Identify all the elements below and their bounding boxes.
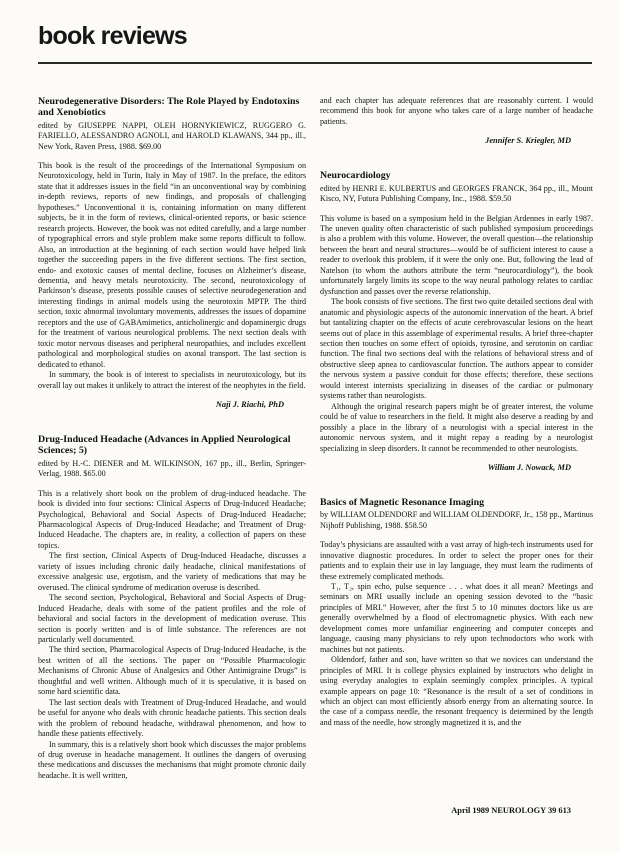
review-block-neurocardiology: Neurocardiology edited by HENRI E. KULBE…	[320, 170, 593, 472]
reviewer-byline: Jennifer S. Kriegler, MD	[320, 136, 571, 145]
review-title: Neurocardiology	[320, 170, 593, 181]
left-column: Neurodegenerative Disorders: The Role Pl…	[38, 96, 306, 781]
review-citation: edited by HENRI E. KULBERTUS and GEORGES…	[320, 184, 593, 205]
review-paragraph: The book consists of five sections. The …	[320, 297, 593, 402]
review-citation: edited by GIUSEPPE NAPPI, OLEH HORNYKIEW…	[38, 121, 306, 152]
review-paragraph: Although the original research papers mi…	[320, 402, 593, 454]
review-paragraph: The last section deals with Treatment of…	[38, 698, 306, 740]
review-citation: by WILLIAM OLDENDORF and WILLIAM OLDENDO…	[320, 510, 593, 531]
masthead: book reviews	[38, 22, 592, 51]
review-paragraph: The first section, Clinical Aspects of D…	[38, 551, 306, 593]
masthead-divider	[38, 62, 592, 64]
right-column: and each chapter has adequate references…	[320, 96, 593, 728]
review-citation: edited by H.-C. DIENER and M. WILKINSON,…	[38, 459, 306, 480]
reviewer-byline: Naji J. Riachi, PhD	[38, 400, 284, 409]
review-title: Drug-Induced Headache (Advances in Appli…	[38, 434, 306, 457]
page-footer: April 1989 NEUROLOGY 39 613	[320, 806, 593, 815]
review-title: Neurodegenerative Disorders: The Role Pl…	[38, 96, 306, 119]
review-paragraph-continuation: and each chapter has adequate references…	[320, 96, 593, 127]
review-paragraph: Today’s physicians are assaulted with a …	[320, 540, 593, 582]
review-paragraph: In summary, the book is of interest to s…	[38, 370, 306, 391]
review-continuation-drug-induced-headache: and each chapter has adequate references…	[320, 96, 593, 145]
review-block-drug-induced-headache: Drug-Induced Headache (Advances in Appli…	[38, 434, 306, 781]
review-paragraph: In summary, this is a relatively short b…	[38, 740, 306, 782]
review-paragraph: Oldendorf, father and son, have written …	[320, 655, 593, 728]
review-block-mri-basics: Basics of Magnetic Resonance Imaging by …	[320, 497, 593, 728]
review-paragraph: This volume is based on a symposium held…	[320, 214, 593, 298]
review-paragraph: This book is the result of the proceedin…	[38, 161, 306, 370]
review-paragraph: The third section, Pharmacological Aspec…	[38, 645, 306, 697]
journal-page: book reviews Neurodegenerative Disorders…	[0, 0, 620, 853]
review-block-neurodegenerative: Neurodegenerative Disorders: The Role Pl…	[38, 96, 306, 409]
review-title: Basics of Magnetic Resonance Imaging	[320, 497, 593, 508]
reviewer-byline: William J. Nowack, MD	[320, 463, 571, 472]
review-paragraph: T₁, T₂, spin echo, pulse sequence . . . …	[320, 582, 593, 655]
review-paragraph: This is a relatively short book on the p…	[38, 489, 306, 552]
review-paragraph: The second section, Psychological, Behav…	[38, 593, 306, 645]
page-title: book reviews	[38, 22, 592, 51]
